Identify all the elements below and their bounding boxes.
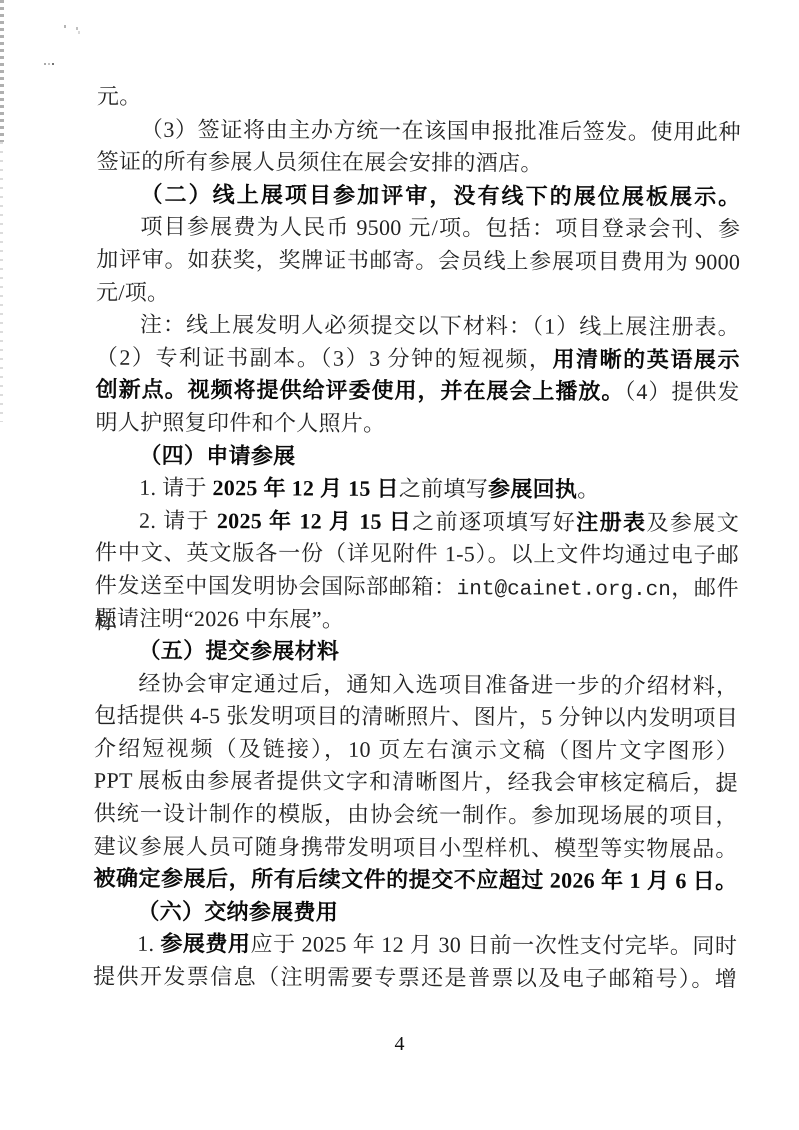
text-line: （2）专利证书副本。（3）3 分钟的短视频，用清晰的英语展示	[96, 341, 740, 376]
text-segment: 加评审。如获奖，奖牌证书邮寄。会员线上参展项目费用为 9000	[96, 247, 740, 275]
text-line: 元。	[97, 81, 741, 116]
text-segment: （2）专利证书副本。（3）3 分钟的短视频，	[96, 344, 553, 371]
text-segment: 经协会审定通过后，通知入选项目准备进一步的介绍材料，	[138, 670, 738, 698]
text-segment: （六）交纳参展费用	[137, 899, 338, 925]
section-heading: （六）交纳参展费用	[93, 895, 737, 930]
text-line: 注：线上展发明人必须提交以下材料：（1）线上展注册表。	[96, 309, 740, 344]
text-line: 包括提供 4-5 张发明项目的清晰照片、图片，5 分钟以内发明项目	[94, 700, 738, 735]
text-segment: 注册表	[576, 509, 646, 534]
text-segment: 明人护照复印件和个人照片。	[95, 410, 385, 436]
text-segment: 签证的所有参展人员须住在展会安排的酒店。	[97, 149, 543, 176]
text-line: 明人护照复印件和个人照片。	[95, 407, 739, 442]
text-segment: 建议参展人员可随身携带发明项目小型样机、模型等实物展品。	[94, 833, 738, 861]
text-line: 展板由参展者提供文字和清晰图片，经我会审核定稿后，提	[94, 765, 738, 800]
section-heading: （五）提交参展材料	[94, 635, 738, 670]
text-line: 件发送至中国发明协会国际部邮箱：int@cainet.org.cn，邮件标	[95, 569, 739, 604]
section-heading: （四）申请参展	[95, 439, 739, 474]
text-line: 创新点。视频将提供给评委使用，并在展会上播放。（4）提供发	[96, 374, 740, 409]
text-line: 件中文、英文版各一份（详见附件 1-5）。以上文件均通过电子邮	[95, 537, 739, 572]
scan-edge-artifact	[0, 142, 3, 422]
text-segment: （4）提供发	[624, 379, 739, 405]
text-segment: 2. 请于	[139, 508, 217, 533]
text-segment: 供统一设计制作的模版，由协会统一制作。参加现场展的项目，	[94, 801, 738, 829]
text-line: 建议参展人员可随身携带发明项目小型样机、模型等实物展品。	[94, 830, 738, 865]
text-segment: 题请注明“2026 中东展”。	[95, 605, 345, 631]
text-line: （3）签证将由主办方统一在该国申报批准后签发。使用此种	[97, 113, 741, 148]
text-segment: 创新点。视频将提供给评委使用，并在展会上播放。	[96, 377, 625, 404]
text-segment: （五）提交参展材料	[138, 638, 339, 664]
text-line: 元/项。	[96, 276, 740, 311]
text-segment: 被确定参展后，所有后续文件的提交不应超过 2026 年 1 月 6 日。	[93, 866, 737, 894]
text-line: 题请注明“2026 中东展”。	[95, 602, 739, 637]
document-body: 元。（3）签证将由主办方统一在该国申报批准后签发。使用此种签证的所有参展人员须住…	[93, 81, 741, 996]
text-segment: 包括提供 4-5 张发明项目的清晰照片、图片，5 分钟以内发明项目	[94, 703, 738, 731]
text-line: 1. 请于 2025 年 12 月 15 日之前填写参展回执。	[95, 472, 739, 507]
text-segment: 参展费用	[160, 931, 250, 956]
text-segment: 件发送至中国发明协会国际部邮箱：	[95, 572, 457, 599]
text-segment: 2025 年 12 月 15 日	[217, 508, 412, 534]
text-segment: （二）线上展项目参加评审，没有线下的展位展板展示。	[140, 182, 740, 210]
text-segment: 提供开发票信息（注明需要专票还是普票以及电子邮箱号）。增	[93, 964, 737, 992]
text-segment: 2025 年 12 月 15 日	[212, 475, 398, 501]
text-line: 项目参展费为人民币 9500 元/项。包括：项目登录会刊、参	[96, 211, 740, 246]
text-segment: （3）签证将由主办方统一在该国申报批准后签发。使用此种	[141, 116, 741, 144]
text-segment: 。	[577, 477, 599, 502]
text-segment: 1. 请于	[139, 475, 212, 500]
text-segment: 应于 2025 年 12 月 30 日前一次性支付完毕。同时	[250, 932, 737, 959]
text-segment: 元/项。	[96, 279, 169, 304]
text-segment: 及参展文	[646, 510, 739, 535]
text-segment: 用清晰的英语展示	[552, 346, 739, 372]
page-number: 4	[0, 1033, 799, 1056]
text-line: 介绍短视频（及链接），10 页左右演示文稿（图片文字图形）PPT。	[94, 732, 738, 767]
text-line: 供统一设计制作的模版，由协会统一制作。参加现场展的项目，	[94, 798, 738, 833]
text-segment: 1.	[137, 931, 160, 956]
text-segment: 之前填写	[399, 476, 488, 501]
text-segment: 项目参展费为人民币 9500 元/项。包括：项目登录会刊、参	[140, 214, 740, 242]
text-segment: 件中文、英文版各一份（详见附件 1-5）。以上文件均通过电子邮	[95, 540, 739, 568]
text-line: 签证的所有参展人员须住在展会安排的酒店。	[97, 146, 741, 181]
text-line: 加评审。如获奖，奖牌证书邮寄。会员线上参展项目费用为 9000	[96, 244, 740, 279]
scanned-document-page: 元。（3）签证将由主办方统一在该国申报批准后签发。使用此种签证的所有参展人员须住…	[0, 0, 799, 1130]
text-line: 2. 请于 2025 年 12 月 15 日之前逐项填写好注册表及参展文	[95, 504, 739, 539]
section-heading: （二）线上展项目参加评审，没有线下的展位展板展示。	[96, 178, 740, 213]
text-segment: 元。	[97, 84, 142, 109]
text-line: 经协会审定通过后，通知入选项目准备进一步的介绍材料，	[94, 667, 738, 702]
text-line: 1. 参展费用应于 2025 年 12 月 30 日前一次性支付完毕。同时	[93, 928, 737, 963]
scan-speck	[44, 63, 46, 65]
text-segment: 参展回执	[488, 476, 577, 501]
scan-speck	[64, 25, 66, 28]
text-segment: （四）申请参展	[139, 442, 295, 468]
email-address: int@cainet.org.cn	[457, 578, 671, 602]
text-segment: 展板由参展者提供文字和清晰图片，经我会审核定稿后，提	[138, 768, 738, 796]
text-line: 被确定参展后，所有后续文件的提交不应超过 2026 年 1 月 6 日。	[93, 863, 737, 898]
scan-edge-artifact	[0, 0, 4, 142]
text-line: 提供开发票信息（注明需要专票还是普票以及电子邮箱号）。增	[93, 961, 737, 996]
text-segment: 注：线上展发明人必须提交以下材料：（1）线上展注册表。	[140, 312, 740, 340]
text-segment: 之前逐项填写好	[412, 509, 576, 535]
